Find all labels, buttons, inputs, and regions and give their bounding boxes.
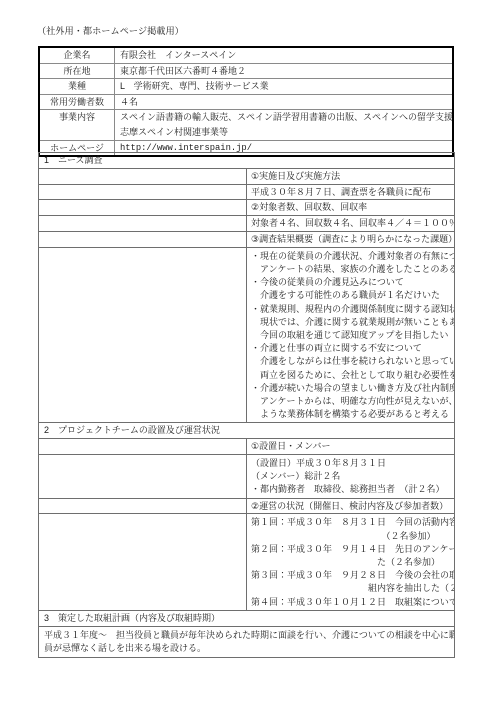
- survey-implementation-header-row: ①実施日及び実施方法: [39, 168, 455, 184]
- section-1-heading: 1 ニーズ調査: [39, 153, 455, 169]
- text-line: ①設置日・メンバー: [247, 439, 454, 454]
- company-info-table: 企業名 有限会社 インタースペイン 所在地 東京都千代田区六番町４番地２ 業種 …: [38, 46, 454, 157]
- text-line: た（２名参加）: [247, 556, 454, 569]
- survey-counts-row: 対象者４名、回収数４名、回収率４／４＝１００％: [39, 216, 455, 232]
- text-line: ・介護と仕事の両立に関する不安について: [247, 342, 454, 355]
- company-industry-row: 業種 L 学術研究、専門、技術サービス業: [39, 79, 453, 95]
- company-employees-label: 常用労働者数: [39, 94, 115, 110]
- text-line: （メンバー）総計２名: [247, 470, 454, 483]
- text-line: L 学術研究、専門、技術サービス業: [120, 79, 452, 94]
- company-address-value: 東京都千代田区六番町４番地２: [115, 63, 454, 79]
- indent-cell: [39, 168, 247, 184]
- text-line: 志摩スペイン村関連事業等: [120, 125, 452, 140]
- indent-cell: [39, 514, 247, 610]
- text-line: ③調査結果概要（調査により明らかになった課題）: [247, 232, 454, 247]
- text-line: 両立を図るために、会社として取り組む必要性を感じた: [247, 369, 454, 382]
- company-name-row: 企業名 有限会社 インタースペイン: [39, 47, 453, 63]
- text-line: ②対象者数、回収数、回収率: [247, 200, 454, 215]
- text-line: ・都内勤務者 取締役、総務担当者 （計２名）: [247, 483, 454, 496]
- indent-cell: [39, 231, 247, 247]
- text-line: ・就業規則、規程内の介護関係制度に関する認知状況について: [247, 303, 454, 316]
- company-business-value: スペイン語書籍の輸入販売、スペイン語学習用書籍の出版、スペインへの留学支援、志摩…: [115, 110, 454, 140]
- text-line: 組内容を抽出した（２名参加）: [247, 582, 454, 595]
- text-line: （設置日）平成３０年８月３１日: [247, 457, 454, 470]
- survey-results-header-row: ③調査結果概要（調査により明らかになった課題）: [39, 231, 455, 247]
- text-line: ような業務体制を構築する必要があると考える: [247, 408, 454, 421]
- company-name-label: 企業名: [39, 47, 115, 63]
- company-address-label: 所在地: [39, 63, 115, 79]
- text-line: 介護をする可能性のある職員が１名だけいた: [247, 289, 454, 302]
- text-line: ①実施日及び実施方法: [247, 169, 454, 184]
- text-line: 平成３０年８月７日、調査票を各職員に配布: [247, 185, 454, 200]
- text-line: ・現在の従業員の介護状況、介護対象者の有無について: [247, 250, 454, 263]
- text-line: ・介護が続いた場合の望ましい働き方及び社内制度について: [247, 382, 454, 395]
- company-employees-value: ４名: [115, 94, 454, 110]
- indent-cell: [39, 200, 247, 216]
- indent-cell: [39, 455, 247, 499]
- team-operation-header-row: ②運営の状況（開催日、検討内容及び参加者数）: [39, 498, 455, 514]
- plan-content-cell: 平成３１年度～ 担当役員と職員が毎年決められた時期に面談を行い、介護についての相…: [39, 626, 455, 657]
- document-page: （社外用・都ホームページ掲載用） 企業名 有限会社 インタースペイン 所在地 東…: [0, 0, 500, 707]
- section-3-heading: 3 策定した取組計画（内容及び取組時期）: [39, 610, 455, 626]
- company-industry-value: L 学術研究、専門、技術サービス業: [115, 79, 454, 95]
- company-address-row: 所在地 東京都千代田区六番町４番地２: [39, 63, 453, 79]
- section-2-header-row: 2 プロジェクトチームの設置及び運営状況: [39, 423, 455, 439]
- text-line: 介護をしながらは仕事を続けられないと思っている職員が複数いたので、今後は仕事と介…: [247, 355, 454, 368]
- text-line: スペイン語書籍の輸入販売、スペイン語学習用書籍の出版、スペインへの留学支援、: [120, 110, 452, 125]
- indent-cell: [39, 439, 247, 455]
- survey-results-block-row: ・現在の従業員の介護状況、介護対象者の有無について アンケートの結果、家族の介護…: [39, 247, 455, 423]
- section-3-header-row: 3 策定した取組計画（内容及び取組時期）: [39, 610, 455, 626]
- text-line: （２名参加）: [247, 530, 454, 543]
- report-sections-table: 1 ニーズ調査 ①実施日及び実施方法 平成３０年８月７日、調査票を各職員に配布 …: [38, 152, 455, 658]
- company-employees-row: 常用労働者数 ４名: [39, 94, 453, 110]
- company-name-value: 有限会社 インタースペイン: [115, 47, 454, 63]
- plan-content-row: 平成３１年度～ 担当役員と職員が毎年決められた時期に面談を行い、介護についての相…: [39, 626, 455, 657]
- text-line: 今回の取組を通じて認知度アップを目指したい: [247, 329, 454, 342]
- indent-cell: [39, 247, 247, 423]
- section-1-header-row: 1 ニーズ調査: [39, 153, 455, 169]
- company-business-row: 事業内容 スペイン語書籍の輸入販売、スペイン語学習用書籍の出版、スペインへの留学…: [39, 110, 453, 140]
- text-line: 第３回：平成３０年 ９月２８日 今後の会社の取組案について意見を出し合い、候補と…: [247, 569, 454, 582]
- team-setup-header-row: ①設置日・メンバー: [39, 439, 455, 455]
- company-industry-label: 業種: [39, 79, 115, 95]
- text-line: ②運営の状況（開催日、検討内容及び参加者数）: [247, 499, 454, 514]
- survey-implementation-row: 平成３０年８月７日、調査票を各職員に配布: [39, 184, 455, 200]
- text-line: 現状では、介護に関する就業規則が無いこともあり、認知度は低かった: [247, 316, 454, 329]
- text-line: 第１回：平成３０年 ８月３１日 今回の活動内容及び今後のスケジュールの確認を行っ…: [247, 516, 454, 529]
- indent-cell: [39, 216, 247, 232]
- company-business-label: 事業内容: [39, 110, 115, 140]
- indent-cell: [39, 184, 247, 200]
- text-line: 東京都千代田区六番町４番地２: [120, 64, 452, 79]
- team-meetings-block-row: 第１回：平成３０年 ８月３１日 今回の活動内容及び今後のスケジュールの確認を行っ…: [39, 514, 455, 610]
- text-line: ・今後の従業員の介護見込みについて: [247, 276, 454, 289]
- indent-cell: [39, 498, 247, 514]
- text-line: アンケートの結果、家族の介護をしたことのある職員はいなかった: [247, 263, 454, 276]
- team-members-block-row: （設置日）平成３０年８月３１日（メンバー）総計２名・都内勤務者 取締役、総務担当…: [39, 455, 455, 499]
- survey-counts-header-row: ②対象者数、回収数、回収率: [39, 200, 455, 216]
- text-line: 有限会社 インタースペイン: [120, 48, 452, 63]
- text-line: 第２回：平成３０年 ９月１４日 先日のアンケートの結果を確認し、傾向と問題点を洗…: [247, 543, 454, 556]
- text-line: 員が忌憚なく話しを出来る場を設ける。: [39, 642, 454, 655]
- text-line: ４名: [120, 95, 452, 110]
- text-line: 平成３１年度～ 担当役員と職員が毎年決められた時期に面談を行い、介護についての相…: [39, 629, 454, 642]
- text-line: アンケートからは、明確な方向性が見えないが、会社としては、極力離職せずに介護が出…: [247, 395, 454, 408]
- text-line: 対象者４名、回収数４名、回収率４／４＝１００％: [247, 216, 454, 231]
- page-classification-label: （社外用・都ホームページ掲載用）: [37, 24, 184, 38]
- section-2-heading: 2 プロジェクトチームの設置及び運営状況: [39, 423, 455, 439]
- text-line: 第４回：平成３０年１０月１２日 取組案について、内容を決定した（２名参加）: [247, 596, 454, 609]
